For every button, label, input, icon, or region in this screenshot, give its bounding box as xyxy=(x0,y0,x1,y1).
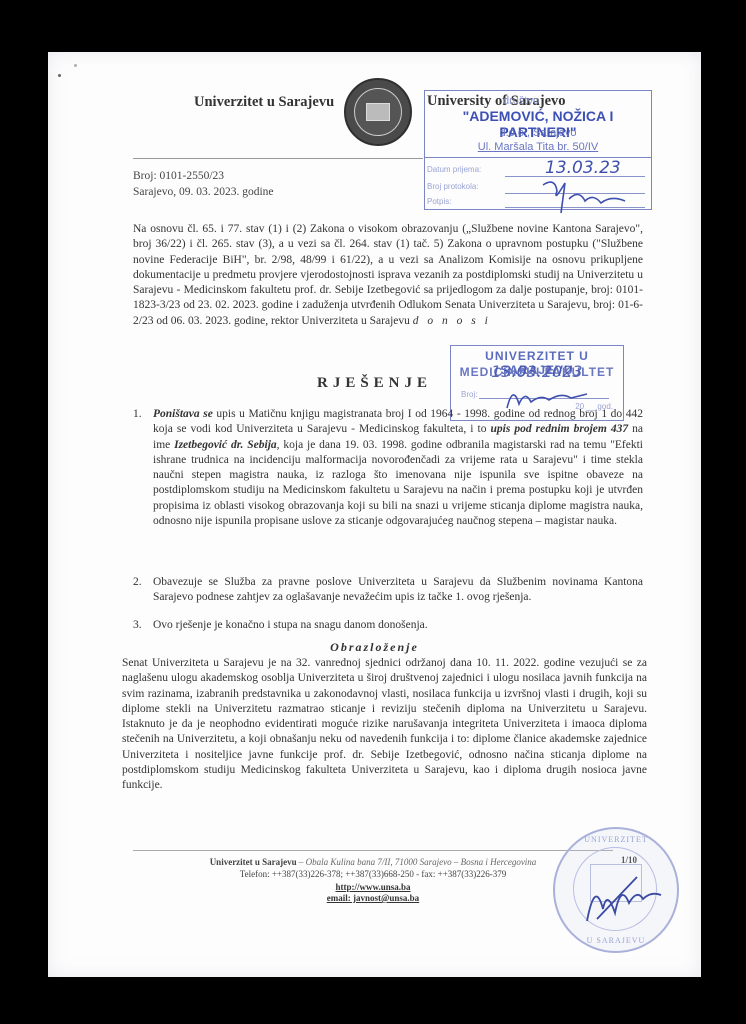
header-divider xyxy=(133,158,423,159)
decision-item-2: 2. Obavezuje se Služba za pravne poslove… xyxy=(133,575,643,606)
reasoning-paragraph: Senat Univerziteta u Sarajevu je na 32. … xyxy=(122,656,647,794)
reasoning-title: Obrazloženje xyxy=(48,640,701,655)
stamp-address: Ul. Maršala Tita br. 50/IV xyxy=(425,141,651,153)
stamp-signature-label: Potpis: xyxy=(427,197,451,206)
seal-building-icon xyxy=(366,103,390,121)
round-seal-bottom-text: U SARAJEVU xyxy=(555,936,677,945)
stamp-date-label: Datum prijema: xyxy=(427,165,481,174)
footer-address: – Obala Kulina bana 7/II, 71000 Sarajevo… xyxy=(297,857,537,867)
stamp-line1: društvo xyxy=(503,95,539,107)
item-text: Poništava se upis u Matičnu knjigu magis… xyxy=(153,407,643,529)
item-number: 3. xyxy=(133,618,142,633)
emphasized-text: Poništava se xyxy=(153,408,213,420)
decision-item-3: 3. Ovo rješenje je konačno i stupa na sn… xyxy=(133,618,643,633)
footer-org: Univerzitet u Sarajevu xyxy=(210,857,297,867)
emphasized-text: upis pod rednim brojem 437 xyxy=(491,423,629,435)
item-text: Ovo rješenje je konačno i stupa na snagu… xyxy=(153,618,643,633)
body-text: Ovo rješenje je konačno i stupa na snagu… xyxy=(153,619,428,631)
intro-text: Na osnovu čl. 65. i 77. stav (1) i (2) Z… xyxy=(133,223,643,327)
decision-item-1: 1. Poništava se upis u Matičnu knjigu ma… xyxy=(133,407,643,529)
document-number: Broj: 0101-2550/23 xyxy=(133,170,224,182)
intro-verb: d o n o s i xyxy=(413,315,491,327)
stamp-company-type: d.o.o., Sarajevo xyxy=(425,127,651,139)
decision-title: RJEŠENJE xyxy=(48,375,701,392)
footer-phones: Telefon: ++387(33)226-378; ++387(33)668-… xyxy=(133,869,613,879)
university-seal-icon xyxy=(344,78,412,146)
round-seal-top-text: UNIVERZITET xyxy=(555,835,677,844)
stamp-signature-icon xyxy=(535,173,635,217)
round-seal-stamp: UNIVERZITET U SARAJEVU xyxy=(553,827,679,953)
round-seal-signature-icon xyxy=(577,869,667,929)
footer-website-link[interactable]: http://www.unsa.ba xyxy=(335,882,410,892)
receipt-stamp: društvo "ADEMOVIĆ, NOŽICA I PARTNERI" d.… xyxy=(424,90,652,210)
scan-speck xyxy=(74,64,77,67)
document-page: Univerzitet u Sarajevu University of Sar… xyxy=(48,52,701,977)
item-number: 2. xyxy=(133,575,142,590)
intro-paragraph: Na osnovu čl. 65. i 77. stav (1) i (2) Z… xyxy=(133,222,643,329)
header-title-bs: Univerzitet u Sarajevu xyxy=(194,94,334,111)
item-text: Obavezuje se Služba za pravne poslove Un… xyxy=(153,575,643,606)
body-text: , koja je dana 19. 03. 1998. godine odbr… xyxy=(153,439,643,527)
footer-email-link[interactable]: email: javnost@unsa.ba xyxy=(327,893,419,903)
footer-email-row: email: javnost@unsa.ba xyxy=(133,893,613,903)
document-place-date: Sarajevo, 09. 03. 2023. godine xyxy=(133,186,274,198)
emphasized-text: Izetbegović dr. Sebija xyxy=(174,439,277,451)
scan-speck xyxy=(58,74,61,77)
item-number: 1. xyxy=(133,407,142,422)
stamp-protocol-label: Broj protokola: xyxy=(427,182,479,191)
footer-divider xyxy=(133,850,613,851)
footer-address-line: Univerzitet u Sarajevu – Obala Kulina ba… xyxy=(133,857,613,867)
body-text: Obavezuje se Služba za pravne poslove Un… xyxy=(153,576,643,603)
seal-inner xyxy=(354,88,402,136)
footer-website-row: http://www.unsa.ba xyxy=(133,882,613,892)
